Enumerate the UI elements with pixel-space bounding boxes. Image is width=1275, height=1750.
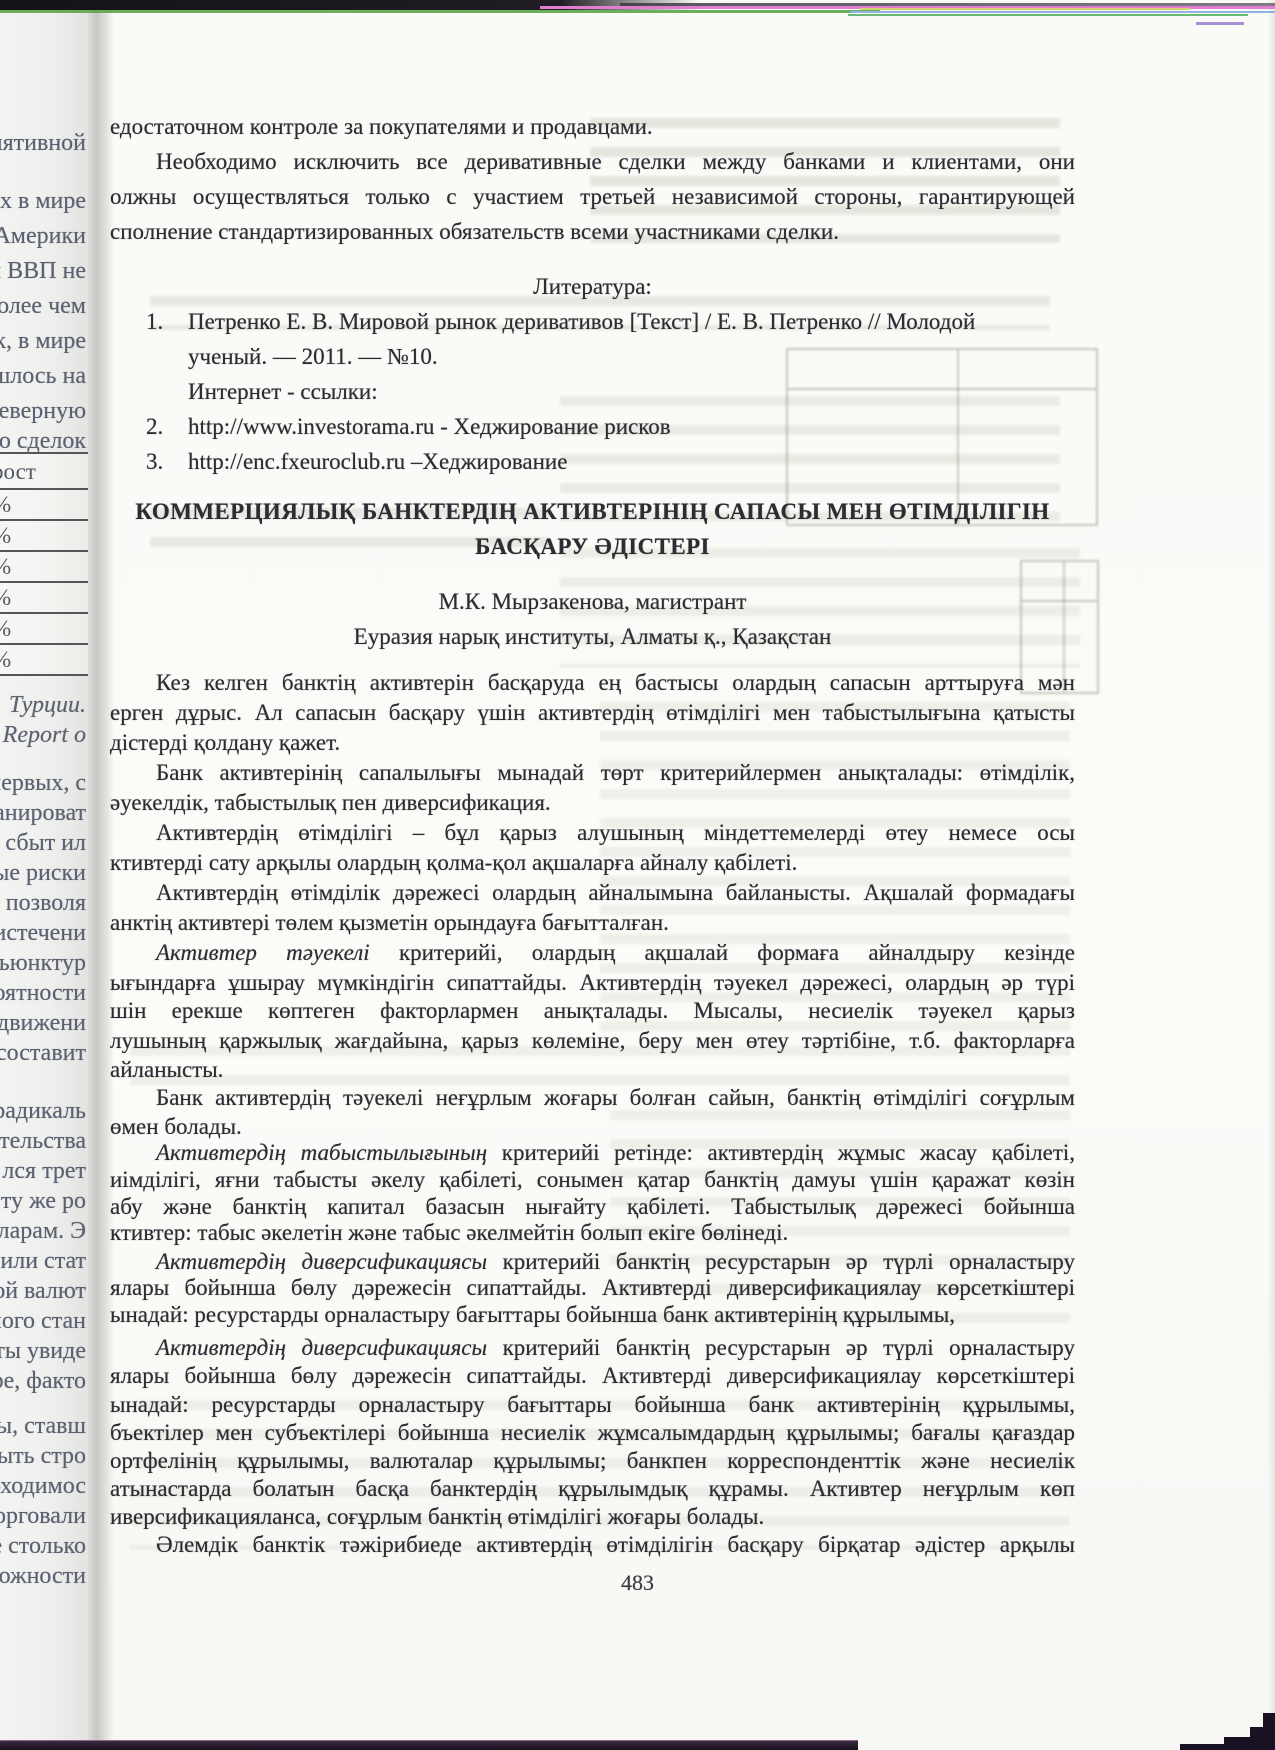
text-line: Активтердің диверсификациясы критерийі б… xyxy=(110,1333,1075,1363)
strip-table-cell: % xyxy=(0,643,88,674)
page-right-edge-shade xyxy=(1267,0,1275,1750)
strip-text-fragment: роятности xyxy=(0,980,86,1006)
scan-line-teal xyxy=(848,14,1248,16)
strip-text-fragment: вые риски xyxy=(0,860,86,886)
text-line: әуекелдік, табыстылық пен диверсификация… xyxy=(110,788,1075,818)
text-line: иверсификацияланса, соғұрлым банктің өті… xyxy=(110,1502,1075,1532)
text-line: бъектілер мен субъектілері бойынша несие… xyxy=(110,1418,1075,1448)
strip-text-fragment: ту же ро xyxy=(1,1188,86,1214)
text-line: сполнение стандартизированных обязательс… xyxy=(110,217,1075,247)
text-line: Необходимо исключить все деривативные сд… xyxy=(110,147,1075,177)
strip-text-fragment: й ВВП не xyxy=(0,258,86,284)
strip-text-fragment: о составит xyxy=(0,1040,86,1066)
text-line: атынастарда болатын басқа банктердің құр… xyxy=(110,1474,1075,1504)
text-line: БАСҚАРУ ӘДІСТЕРІ xyxy=(110,532,1075,562)
text-line: анктің активтері төлем қызметін орындауғ… xyxy=(110,908,1075,938)
text-line: 3.http://enc.fxeuroclub.ru –Хеджирование xyxy=(110,447,1075,477)
scanned-document-page: улятивнойих в мирек Америкий ВВП неболее… xyxy=(0,0,1275,1750)
scan-dash-violet xyxy=(1196,22,1244,25)
text-line: Кез келген банктің активтерін басқаруда … xyxy=(110,668,1075,698)
strip-table-cell: % xyxy=(0,519,88,550)
scan-line-blue xyxy=(850,11,1275,13)
text-line: шін ерекше көптеген факторлармен анықтал… xyxy=(110,996,1075,1026)
strip-table-cell: % xyxy=(0,581,88,612)
text-line: Активтердің өтімділік дәрежесі олардың а… xyxy=(110,878,1075,908)
strip-text-fragment: , Report o xyxy=(0,722,86,748)
italic-lead: Активтердің диверсификациясы xyxy=(156,1249,487,1274)
strip-text-fragment: ере, факто xyxy=(0,1368,86,1394)
scan-corner-wedge xyxy=(1170,1705,1275,1750)
strip-text-fragment: бходимос xyxy=(0,1473,86,1499)
strip-text-fragment: более чем xyxy=(0,293,86,319)
wedge-step xyxy=(1263,1713,1275,1750)
list-number: 1. xyxy=(146,307,163,336)
list-number: 3. xyxy=(146,447,163,476)
page-number: 483 xyxy=(0,1570,1275,1596)
strip-text-fragment: быть стро xyxy=(0,1443,86,1469)
strip-text-fragment: сбыт ил xyxy=(5,830,86,856)
text-line: айланысты. xyxy=(110,1055,1075,1085)
text-line: Активтердің өтімділігі – бұл қарыз алушы… xyxy=(110,818,1075,848)
strip-text-fragment: ного стан xyxy=(0,1308,86,1334)
text-line: Активтер тәуекелі критерийі, олардың ақш… xyxy=(110,938,1075,968)
strip-table-cell: % xyxy=(0,612,88,643)
text-line: ктивтер: табыс әкелетін және табыс әкелм… xyxy=(110,1218,1075,1248)
scan-line-green xyxy=(0,10,880,13)
strip-text-fragment: улятивной xyxy=(0,130,86,156)
strip-table-fragment: рост %%%%%% xyxy=(0,452,90,676)
strip-table-header: рост xyxy=(0,454,88,488)
text-line: ортфелінің құрылымы, валюталар құрылымы;… xyxy=(110,1446,1075,1476)
text-line: ынадай: ресурстарды орналастыру бағыттар… xyxy=(110,1390,1075,1420)
text-line: Интернет - ссылки: xyxy=(110,377,1075,407)
strip-text-fragment: ишлось на xyxy=(0,363,86,389)
text-line: КОММЕРЦИЯЛЫҚ БАНКТЕРДІҢ АКТИВТЕРІНІҢ САП… xyxy=(110,497,1075,527)
text-line: иімділігі, яғни табысты әкелу қабілеті, … xyxy=(110,1165,1075,1195)
text-line: 1.Петренко Е. В. Мировой рынок дериватив… xyxy=(110,307,1075,337)
strip-text-fragment: радикаль xyxy=(0,1098,86,1124)
strip-text-fragment: ы, ставш xyxy=(0,1413,86,1439)
text-line: 2.http://www.investorama.ru - Хеджирован… xyxy=(110,412,1075,442)
text-line: дістерді қолдану қажет. xyxy=(110,728,1075,758)
scan-line-yellow xyxy=(860,8,1190,10)
strip-text-fragment: истечени xyxy=(0,920,86,946)
italic-lead: Активтердің табыстылығының xyxy=(156,1140,487,1165)
text-line: М.К. Мырзакенова, магистрант xyxy=(110,587,1075,617)
text-line: ерген дұрыс. Ал сапасын басқару үшін акт… xyxy=(110,698,1075,728)
text-line: Еуразия нарық институты, Алматы қ., Қаза… xyxy=(110,622,1075,652)
strip-text-fragment: сты увиде xyxy=(0,1338,86,1364)
strip-text-fragment: е столько xyxy=(0,1533,86,1559)
text-line: лушының қаржылық жағдайына, қарыз көлемі… xyxy=(110,1026,1075,1056)
strip-text-fragment: первых, с xyxy=(0,770,86,796)
strip-text-fragment: лларам. Э xyxy=(0,1218,86,1244)
text-line: ялары бойынша бөлу дәрежесін сипаттайды.… xyxy=(110,1273,1075,1303)
italic-lead: Активтердің диверсификациясы xyxy=(156,1335,487,1360)
text-line: Банк активтердің тәуекелі неғұрлым жоғар… xyxy=(110,1083,1075,1113)
text-line: Банк активтерінің сапалылығы мынадай төр… xyxy=(110,758,1075,788)
text-line: ынадай: ресурстарды орналастыру бағыттар… xyxy=(110,1300,1075,1330)
strip-text-fragment: торговали xyxy=(0,1503,86,1529)
scan-artifact-top-band xyxy=(0,0,1275,26)
strip-text-fragment: позволя xyxy=(6,890,86,916)
text-line: едостаточном контроле за покупателями и … xyxy=(110,112,1075,142)
text-line: ығындарға ұшырау мүмкіндігін сипаттайды.… xyxy=(110,968,1075,998)
list-number: 2. xyxy=(146,412,163,441)
strip-text-fragment: их в мире xyxy=(0,188,86,214)
strip-text-fragment: нъюнктур xyxy=(0,950,86,976)
strip-text-fragment: к Америки xyxy=(0,223,86,249)
strip-text-fragment: во сделок xyxy=(0,428,86,454)
article-text-block: едостаточном контроле за покупателями и … xyxy=(110,0,1075,1750)
strip-table-cell: % xyxy=(0,488,88,519)
facing-page-strip: улятивнойих в мирек Америкий ВВП неболее… xyxy=(0,0,88,1750)
strip-text-fragment: ой валют xyxy=(0,1278,86,1304)
text-line: Активтердің табыстылығының критерийі рет… xyxy=(110,1138,1075,1168)
strip-table-cell: % xyxy=(0,550,88,581)
strip-text-fragment: Турции. xyxy=(9,692,86,718)
scan-bottom-bar xyxy=(0,1741,858,1750)
strip-text-fragment: нили стат xyxy=(0,1248,86,1274)
strip-text-fragment: лся трет xyxy=(2,1158,86,1184)
strip-text-fragment: ак, в мире xyxy=(0,328,86,354)
text-line: Литература: xyxy=(110,272,1075,302)
scan-artifact-bottom-band xyxy=(0,1738,1275,1750)
text-line: ученый. — 2011. — №10. xyxy=(110,342,1075,372)
strip-text-fragment: движени xyxy=(0,1010,86,1036)
text-line: ялары бойынша бөлу дәрежесін сипаттайды.… xyxy=(110,1361,1075,1391)
italic-lead: Активтер тәуекелі xyxy=(156,940,370,965)
text-line: олжны осуществляться только с участием т… xyxy=(110,182,1075,212)
text-line: ктивтерді сату арқылы олардың қолма-қол … xyxy=(110,848,1075,878)
strip-text-fragment: Северную xyxy=(0,398,86,424)
strip-text-fragment: ланироват xyxy=(0,800,86,826)
strip-text-fragment: ательства xyxy=(0,1128,86,1154)
text-line: Әлемдік банктік тәжірибиеде активтердің … xyxy=(110,1530,1075,1560)
strip-table-body: %%%%%% xyxy=(0,488,88,674)
